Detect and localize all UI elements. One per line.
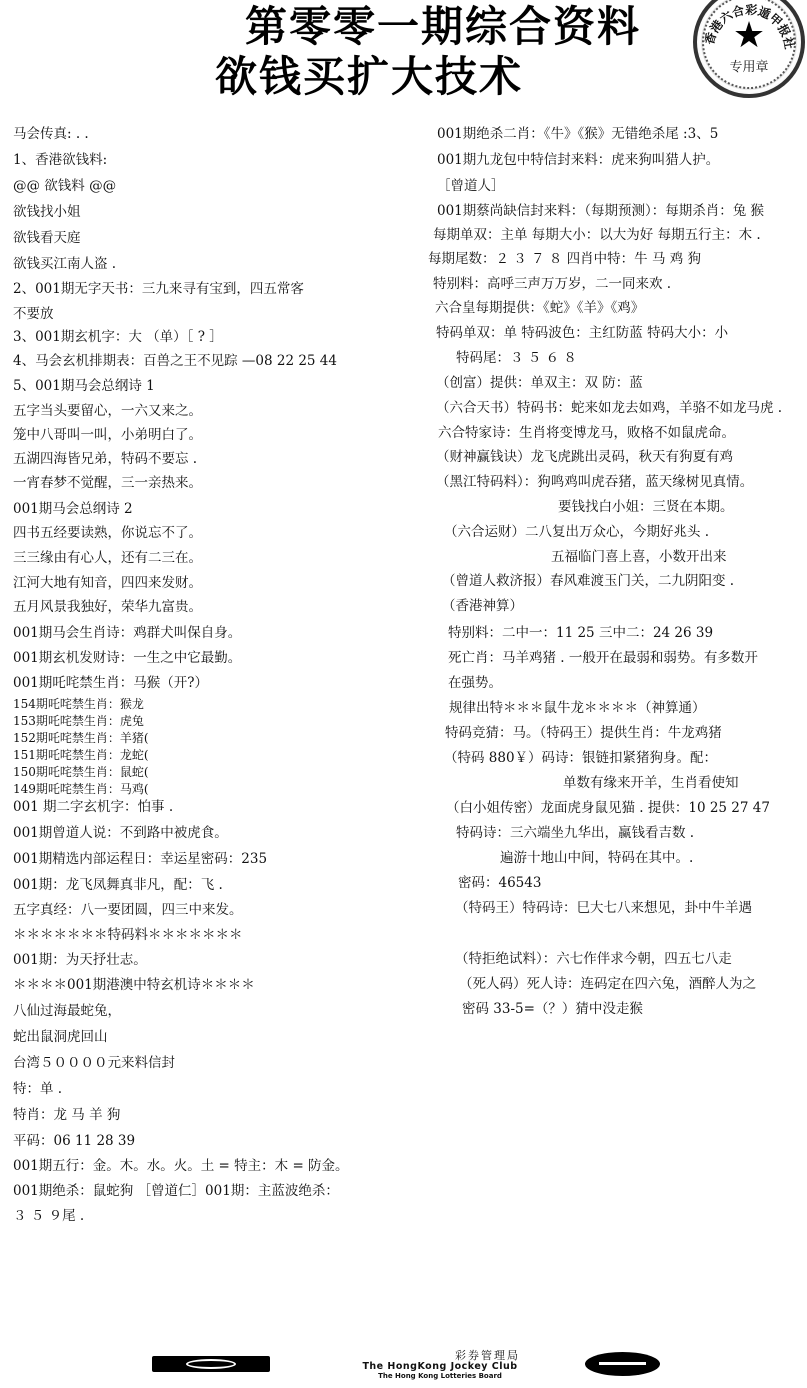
text-line: 不要放 [13,305,54,323]
text-line: 特：单 . [13,1080,62,1098]
text-line: 特别料：二中一：11 25 三中二：24 26 39 [448,624,713,642]
page-subtitle: 欲钱买扩大技术 [215,54,523,100]
text-line: 特码尾：３ ５ ６ ８ [456,349,577,367]
text-line: @@ 欲钱料 @@ [13,177,116,195]
text-line: 一宵春梦不觉醒，三一亲热来。 [13,474,202,492]
text-line: 001期九龙包中特信封来料：虎来狗叫猎人护。 [437,151,719,169]
text-line: 001期：龙飞凤舞真非凡，配：飞 . [13,876,223,894]
text-line: 欲钱看天庭 [13,229,81,247]
footer-en-subtitle: The Hong Kong Lotteries Board [300,1372,580,1380]
text-line: ＊＊＊＊001期港澳中特玄机诗＊＊＊＊ [13,976,255,994]
text-line: 江河大地有知音，四四来发财。 [13,574,202,592]
text-line: 001期蔡尚缺信封来料：（每期预测）：每期杀肖：兔 猴 [437,202,764,220]
text-line: 平码：06 11 28 39 [13,1132,135,1150]
text-line: 蛇出鼠洞虎回山 [13,1028,108,1046]
star-icon: ★ [697,18,801,54]
text-line: 马会传真: . . [13,125,89,143]
text-line: 4、马会玄机排期表：百兽之王不见踪 —08 22 25 44 [13,352,337,370]
text-line: 152期吒咤禁生肖：羊猪( [13,729,149,747]
text-line: 台湾５００００元来料信封 [13,1054,175,1072]
text-line: 5、001期马会总纲诗 1 [13,377,155,395]
text-line: 001期绝杀二肖：《牛》《猴》无错绝杀尾 :3、5 [437,125,718,143]
text-line: 特码竞猜：马。（特码王）提供生肖：牛龙鸡猪 [445,724,722,742]
text-line: 001期玄机发财诗：一生之中它最勤。 [13,649,241,667]
text-line: 三三缘由有心人，还有二三在。 [13,549,202,567]
text-line: 150期吒咤禁生肖：鼠蛇( [13,763,149,781]
text-line: 单数有缘来开羊，生肖看使知 [563,774,739,792]
text-line: 001期绝杀：鼠蛇狗 ［曾道仁］001期：主蓝波绝杀： [13,1182,339,1200]
text-line: 特码诗：三六端坐九华出，赢钱看吉数 . [456,824,694,842]
text-line: 死亡肖：马羊鸡猪 . 一般开在最弱和弱势。有多数开 [448,649,758,667]
text-line: 六合皇每期提供：《蛇》《羊》《鸡》 [435,299,644,317]
text-line: 149期吒咤禁生肖：马鸡( [13,780,149,798]
text-line: 特码单双：单 特码波色：主红防蓝 特码大小：小 [436,324,728,342]
text-line: 五湖四海皆兄弟，特码不要忘 . [13,450,197,468]
text-line: （特拒绝试料）：六七作伴求今朝，四五七八走 [455,950,732,968]
text-line: 五字当头要留心，一六又来之。 [13,402,202,420]
text-line: 欲钱找小姐 [13,203,81,221]
text-line: 特肖：龙 马 羊 狗 [13,1106,120,1124]
official-stamp: 香港六合彩遁甲报社 ★ 专用章 [693,0,805,98]
text-line: 密码 33-5=（？）猜中没走猴 [462,1000,643,1018]
text-line: 153期吒咤禁生肖：虎兔 [13,712,144,730]
footer-en-title: The HongKong Jockey Club [300,1362,580,1372]
text-line: （黑江特码料）：狗鸣鸡叫虎吞猪，蓝天缘树见真情。 [436,473,753,491]
text-line: 3、001期玄机字：大 （单）［ ? ］ [13,328,223,346]
text-line: （创富）提供：单双主：双 防：蓝 [436,374,643,392]
text-line: （香港神算） [442,597,523,615]
footer-brand: 彩券管理局 The HongKong Jockey Club The Hong … [300,1350,580,1380]
text-line: （六合天书）特码书：蛇来如龙去如鸡，羊骆不如龙马虎 . [436,399,782,417]
text-line: ［曾道人］ [437,177,505,195]
page-title: 第零零一期综合资料 [245,4,641,50]
text-line: 151期吒咤禁生肖：龙蛇( [13,746,149,764]
text-line: 001 期二字玄机字：怕事 . [13,798,173,816]
text-line: 六合特家诗：生肖将变博龙马，败格不如鼠虎命。 [438,424,735,442]
text-line: 每期尾数：２ ３ ７ ８ 四肖中特：牛 马 鸡 狗 [428,250,701,268]
text-line: 001期马会总纲诗 2 [13,500,133,518]
text-line: 笼中八哥叫一叫，小弟明白了。 [13,426,202,444]
text-line: （曾道人救济报）春风难渡玉门关，二九阴阳变 . [442,572,734,590]
text-line: （六合运财）二八复出万众心，今期好兆头 . [444,523,709,541]
text-line: 001期五行：金。木。水。火。土 = 特主：木 = 防金。 [13,1157,349,1175]
text-line: 五字真经：八一要团圆，四三中来发。 [13,901,243,919]
text-line: 遍游十地山中间，特码在其中。. [500,849,693,867]
text-line: 在强势。 [448,674,502,692]
text-line: 规律出特＊＊＊鼠牛龙＊＊＊＊（神算通） [449,699,706,717]
lotteries-board-logo-icon [585,1352,660,1376]
text-line: 001期吒咤禁生肖：马猴（开?） [13,674,208,692]
text-line: 五月风景我独好，荣华九富贵。 [13,598,202,616]
text-line: 要钱找白小姐：三贤在本期。 [558,498,734,516]
text-line: 四书五经要读熟，你说忘不了。 [13,524,202,542]
hkjc-logo-icon [152,1356,270,1372]
text-line: 欲钱买江南人盗 . [13,255,116,273]
text-line: 154期吒咤禁生肖：猴龙 [13,695,144,713]
text-line: 001期马会生肖诗：鸡群犬叫保自身。 [13,624,241,642]
text-line: 001期：为天抒壮志。 [13,951,147,969]
text-line: 1、香港欲钱料: [13,151,107,169]
text-line: （死人码）死人诗：连码定在四六兔，酒醉人为之 [459,975,756,993]
text-line: ＊＊＊＊＊＊＊特码料＊＊＊＊＊＊＊ [13,926,243,944]
text-line: 特别料：高呼三声万万岁，二一同来欢 . [433,275,671,293]
text-line: （白小姐传密）龙面虎身鼠见猫 . 提供：10 25 27 47 [446,799,770,817]
text-line: （特码王）特码诗：巳大七八来想见，卦中牛羊遇 [455,899,752,917]
text-line: 001期曾道人说：不到路中被虎食。 [13,824,228,842]
text-line: ３ ５ ９尾 . [13,1207,84,1225]
text-line: （特码 880￥）码诗：银链扣紧猪狗身。配： [444,749,717,767]
text-line: 2、001期无字天书：三九来寻有宝到，四五常客 [13,280,304,298]
text-line: 001期精选内部运程日：幸运星密码：235 [13,850,267,868]
text-line: 密码：46543 [458,874,541,892]
text-line: 五福临门喜上喜，小数开出来 [551,548,727,566]
text-line: （财神赢钱诀）龙飞虎跳出灵码，秋天有狗夏有鸡 [436,448,733,466]
text-line: 每期单双：主单 每期大小：以大为好 每期五行主：木 . [433,226,761,244]
text-line: 八仙过海最蛇兔， [13,1002,121,1020]
stamp-label: 专用章 [697,56,801,75]
